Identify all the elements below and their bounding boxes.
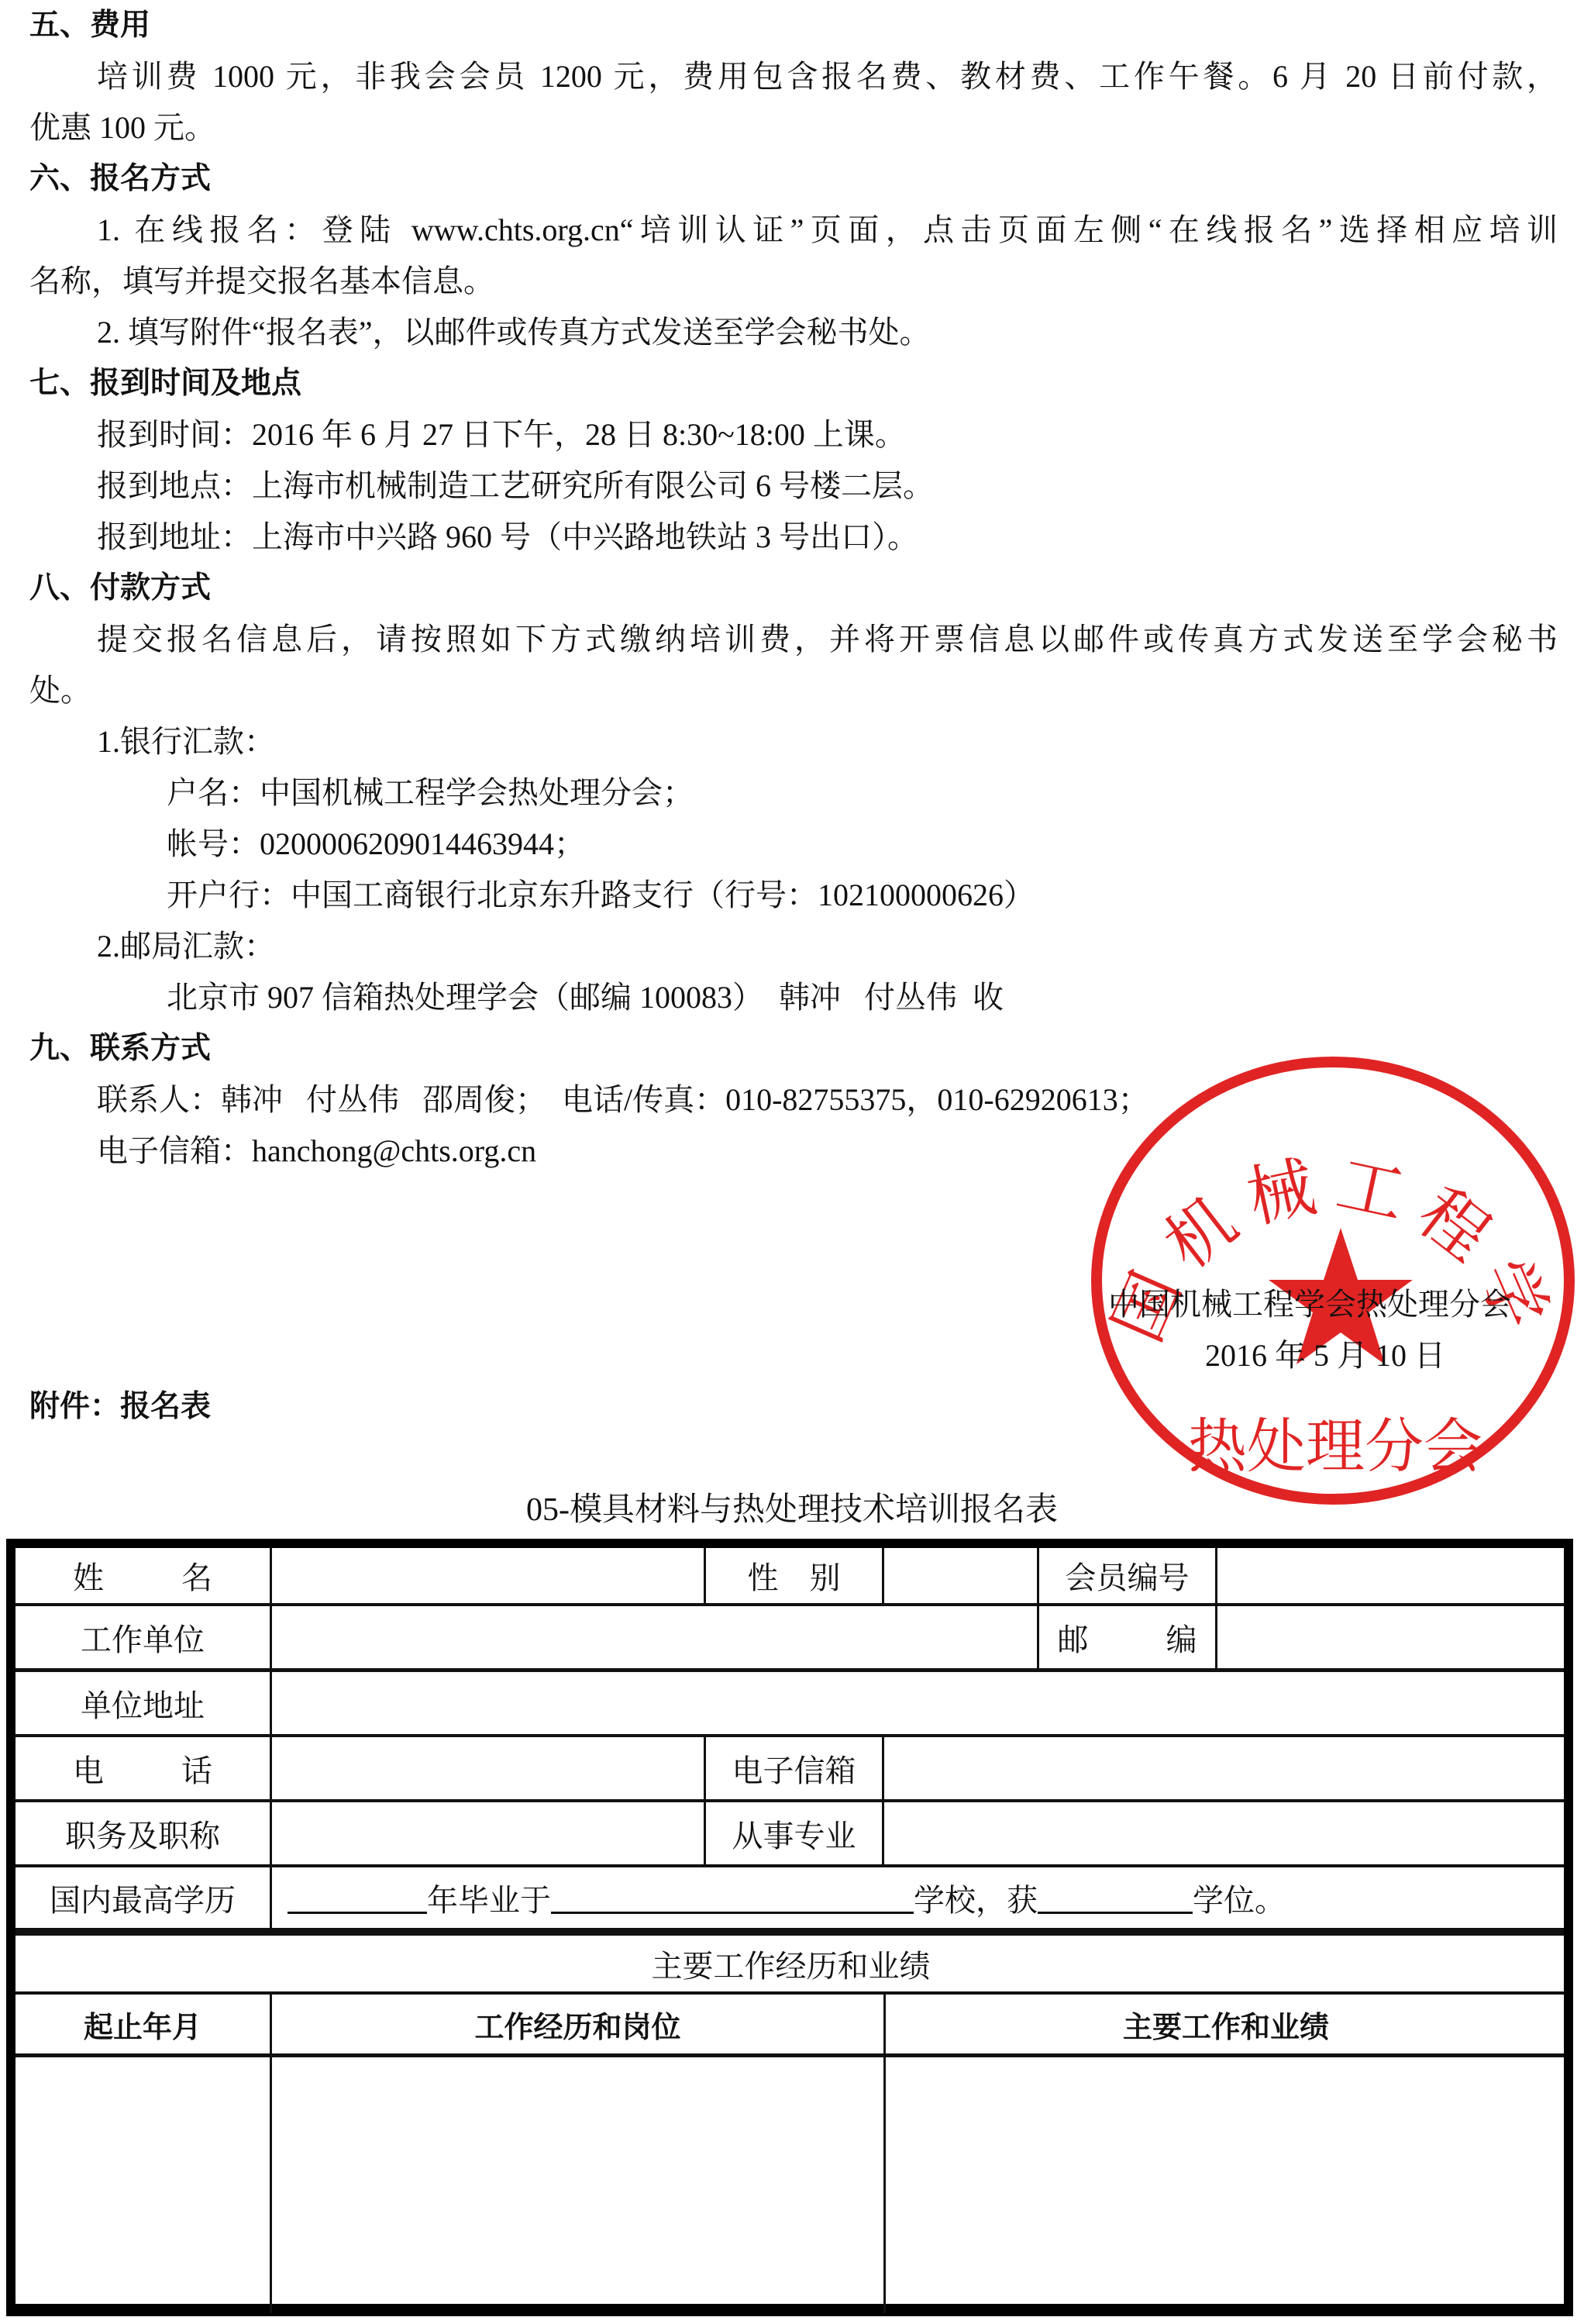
label-member-no: 会员编号: [1039, 1548, 1215, 1603]
postcode-field[interactable]: [1217, 1606, 1566, 1668]
label-gender: 性 别: [706, 1548, 882, 1603]
education-sentence: 年毕业于学校，获学位。: [272, 1867, 1566, 1928]
label-name-char1: 姓: [73, 1553, 104, 1598]
contact-email: 电子信箱：hanchong@chts.org.cn: [97, 1126, 1558, 1177]
specialty-field[interactable]: [884, 1802, 1566, 1864]
fee-text-line2: 优惠 100 元。: [29, 102, 1558, 153]
form-title: 05-模具材料与热处理技术培训报名表: [0, 1484, 1584, 1536]
history-col-achievements: 主要工作和业绩: [886, 1995, 1566, 2053]
registration-item1-line1: 1. 在线报名：登陆 www.chts.org.cn“培训认证”页面，点击页面左…: [97, 205, 1558, 256]
payment-account-number: 帐号：0200006209014463944；: [167, 819, 1558, 870]
label-specialty: 从事专业: [706, 1802, 882, 1864]
label-email: 电子信箱: [706, 1737, 882, 1799]
history-col-period: 起止年月: [15, 1995, 270, 2053]
attachment-label: 附件：报名表: [29, 1381, 1558, 1433]
position-field[interactable]: [272, 1802, 704, 1864]
degree-field[interactable]: [1038, 1882, 1193, 1914]
label-postcode-char1: 邮: [1058, 1615, 1089, 1660]
checkin-place: 报到地点：上海市机械制造工艺研究所有限公司 6 号楼二层。: [97, 460, 1558, 512]
phone-field[interactable]: [272, 1737, 704, 1799]
history-achievements-field[interactable]: [886, 2057, 1566, 2304]
history-col-position: 工作经历和岗位: [272, 1995, 883, 2053]
education-school-suffix: 学校，获: [914, 1876, 1038, 1920]
payment-bank-title: 1.银行汇款：: [97, 716, 1558, 767]
registration-form-table: 姓名 性 别 会员编号 工作单位 邮编 单位地址 电话 电子信箱 职务及职称 从…: [6, 1539, 1573, 2316]
school-field[interactable]: [551, 1882, 914, 1914]
payment-post-address: 北京市 907 信箱热处理学会（邮编 100083） 韩冲 付丛伟 收: [167, 972, 1558, 1023]
label-postcode-char2: 编: [1166, 1615, 1197, 1660]
address-field[interactable]: [272, 1672, 1566, 1734]
graduation-year-field[interactable]: [288, 1882, 427, 1914]
section-heading-checkin: 七、报到时间及地点: [29, 358, 1558, 409]
section-heading-contact: 九、联系方式: [29, 1023, 1558, 1074]
label-position: 职务及职称: [15, 1802, 270, 1864]
checkin-time: 报到时间：2016 年 6 月 27 日下午，28 日 8:30~18:00 上…: [97, 409, 1558, 460]
checkin-address: 报到地址：上海市中兴路 960 号（中兴路地铁站 3 号出口）。: [97, 512, 1558, 563]
registration-item2: 2. 填写附件“报名表”，以邮件或传真方式发送至学会秘书处。: [97, 307, 1558, 358]
education-year-suffix: 年毕业于: [427, 1876, 551, 1920]
section-heading-payment: 八、付款方式: [29, 563, 1558, 614]
fee-text-line1: 培训费 1000 元，非我会会员 1200 元，费用包含报名费、教材费、工作午餐…: [97, 51, 1558, 102]
section-heading-registration: 六、报名方式: [29, 153, 1558, 205]
label-employer: 工作单位: [15, 1606, 270, 1668]
payment-post-title: 2.邮局汇款：: [97, 921, 1558, 972]
gender-field[interactable]: [884, 1548, 1037, 1603]
label-name-char2: 名: [181, 1553, 212, 1598]
label-phone: 电话: [15, 1737, 270, 1799]
member-no-field[interactable]: [1217, 1548, 1566, 1603]
label-name: 姓名: [15, 1548, 270, 1603]
label-address: 单位地址: [15, 1672, 270, 1734]
label-postcode: 邮编: [1039, 1606, 1215, 1668]
employer-field[interactable]: [272, 1606, 1037, 1668]
label-phone-char1: 电: [73, 1746, 104, 1791]
signature-date: 2016 年 5 月 10 日: [1205, 1330, 1445, 1381]
contact-people-phone: 联系人：韩冲 付丛伟 邵周俊； 电话/传真：010-82755375，010-6…: [97, 1074, 1558, 1126]
history-position-field[interactable]: [272, 2057, 883, 2304]
payment-intro-line1: 提交报名信息后，请按照如下方式缴纳培训费，并将开票信息以邮件或传真方式发送至学会…: [97, 614, 1558, 665]
payment-account-name: 户名：中国机械工程学会热处理分会；: [167, 767, 1558, 819]
label-education: 国内最高学历: [15, 1867, 270, 1928]
payment-intro-line2: 处。: [29, 665, 1558, 716]
signature-org: 中国机械工程学会热处理分会: [1108, 1279, 1511, 1330]
history-period-field[interactable]: [15, 2057, 270, 2304]
education-degree-suffix: 学位。: [1193, 1876, 1286, 1920]
label-phone-char2: 话: [181, 1746, 212, 1791]
name-field[interactable]: [272, 1548, 704, 1603]
history-section-title: 主要工作经历和业绩: [15, 1936, 1566, 1991]
registration-item1-line2: 名称，填写并提交报名基本信息。: [29, 256, 1558, 307]
email-field[interactable]: [884, 1737, 1566, 1799]
payment-bank: 开户行：中国工商银行北京东升路支行（行号：102100000626）: [167, 870, 1558, 921]
section-heading-fee: 五、费用: [29, 0, 1558, 51]
